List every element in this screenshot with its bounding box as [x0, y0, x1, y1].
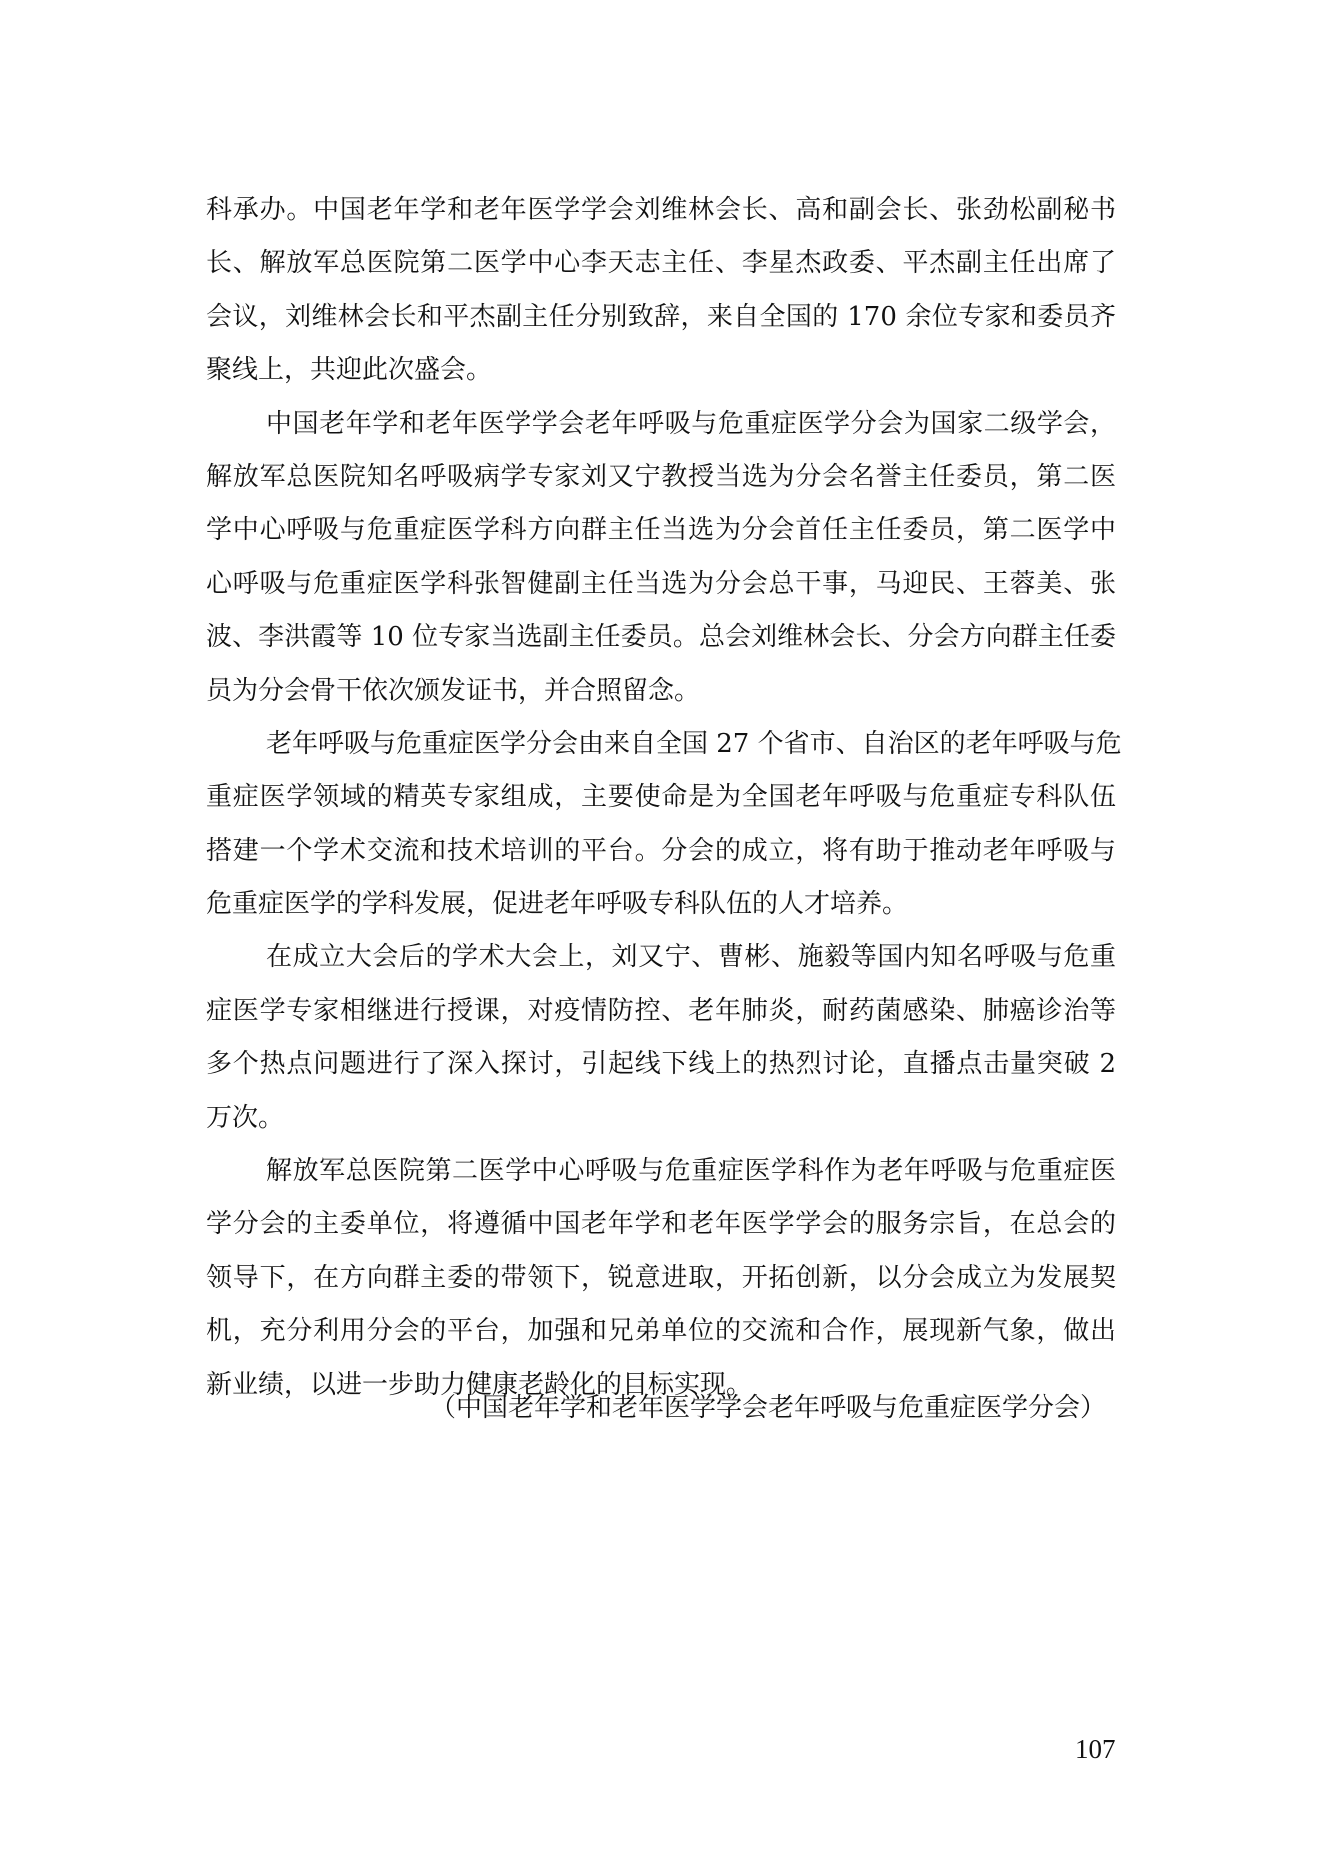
paragraph-4-line-2: 症医学专家相继进行授课，对疫情防控、老年肺炎，耐药菌感染、肺癌诊治等 [206, 985, 1116, 1038]
author-attribution: （中国老年学和老年医学学会老年呼吸与危重症医学分会） [430, 1382, 1106, 1435]
paragraph-1-line-2: 长、解放军总医院第二医学中心李天志主任、李星杰政委、平杰副主任出席了 [206, 237, 1116, 290]
paragraph-2-line-4: 心呼吸与危重症医学科张智健副主任当选为分会总干事，马迎民、王蓉美、张 [206, 558, 1116, 611]
paragraph-5-line-3: 领导下，在方向群主委的带领下，锐意进取，开拓创新，以分会成立为发展契 [206, 1252, 1116, 1305]
paragraph-1-line-3: 会议，刘维林会长和平杰副主任分别致辞，来自全国的 170 余位专家和委员齐 [206, 291, 1116, 344]
paragraph-3-line-4: 危重症医学的学科发展，促进老年呼吸专科队伍的人才培养。 [206, 878, 1116, 931]
paragraph-4-line-4: 万次。 [206, 1092, 1116, 1145]
paragraph-2-line-5: 波、李洪霞等 10 位专家当选副主任委员。总会刘维林会长、分会方向群主任委 [206, 611, 1116, 664]
paragraph-3-line-1: 老年呼吸与危重症医学分会由来自全国 27 个省市、自治区的老年呼吸与危 [206, 718, 1116, 771]
document-page: 科承办。中国老年学和老年医学学会刘维林会长、高和副会长、张劲松副秘书 长、解放军… [0, 0, 1323, 1871]
paragraph-1-line-1: 科承办。中国老年学和老年医学学会刘维林会长、高和副会长、张劲松副秘书 [206, 184, 1116, 237]
paragraph-2-line-3: 学中心呼吸与危重症医学科方向群主任当选为分会首任主任委员，第二医学中 [206, 504, 1116, 557]
paragraph-1-line-4: 聚线上，共迎此次盛会。 [206, 344, 1116, 397]
article-body: 科承办。中国老年学和老年医学学会刘维林会长、高和副会长、张劲松副秘书 长、解放军… [206, 184, 1116, 1412]
paragraph-4-line-1: 在成立大会后的学术大会上，刘又宁、曹彬、施毅等国内知名呼吸与危重 [206, 931, 1116, 984]
paragraph-5-line-4: 机，充分利用分会的平台，加强和兄弟单位的交流和合作，展现新气象，做出 [206, 1305, 1116, 1358]
paragraph-5-line-1: 解放军总医院第二医学中心呼吸与危重症医学科作为老年呼吸与危重症医 [206, 1145, 1116, 1198]
paragraph-3-line-3: 搭建一个学术交流和技术培训的平台。分会的成立，将有助于推动老年呼吸与 [206, 825, 1116, 878]
paragraph-5-line-2: 学分会的主委单位，将遵循中国老年学和老年医学学会的服务宗旨，在总会的 [206, 1198, 1116, 1251]
paragraph-2-line-6: 员为分会骨干依次颁发证书，并合照留念。 [206, 665, 1116, 718]
paragraph-2-line-1: 中国老年学和老年医学学会老年呼吸与危重症医学分会为国家二级学会， [206, 398, 1116, 451]
paragraph-3-line-2: 重症医学领域的精英专家组成，主要使命是为全国老年呼吸与危重症专科队伍 [206, 771, 1116, 824]
page-number: 107 [1075, 1734, 1116, 1764]
paragraph-4-line-3: 多个热点问题进行了深入探讨，引起线下线上的热烈讨论，直播点击量突破 2 [206, 1038, 1116, 1091]
paragraph-2-line-2: 解放军总医院知名呼吸病学专家刘又宁教授当选为分会名誉主任委员，第二医 [206, 451, 1116, 504]
